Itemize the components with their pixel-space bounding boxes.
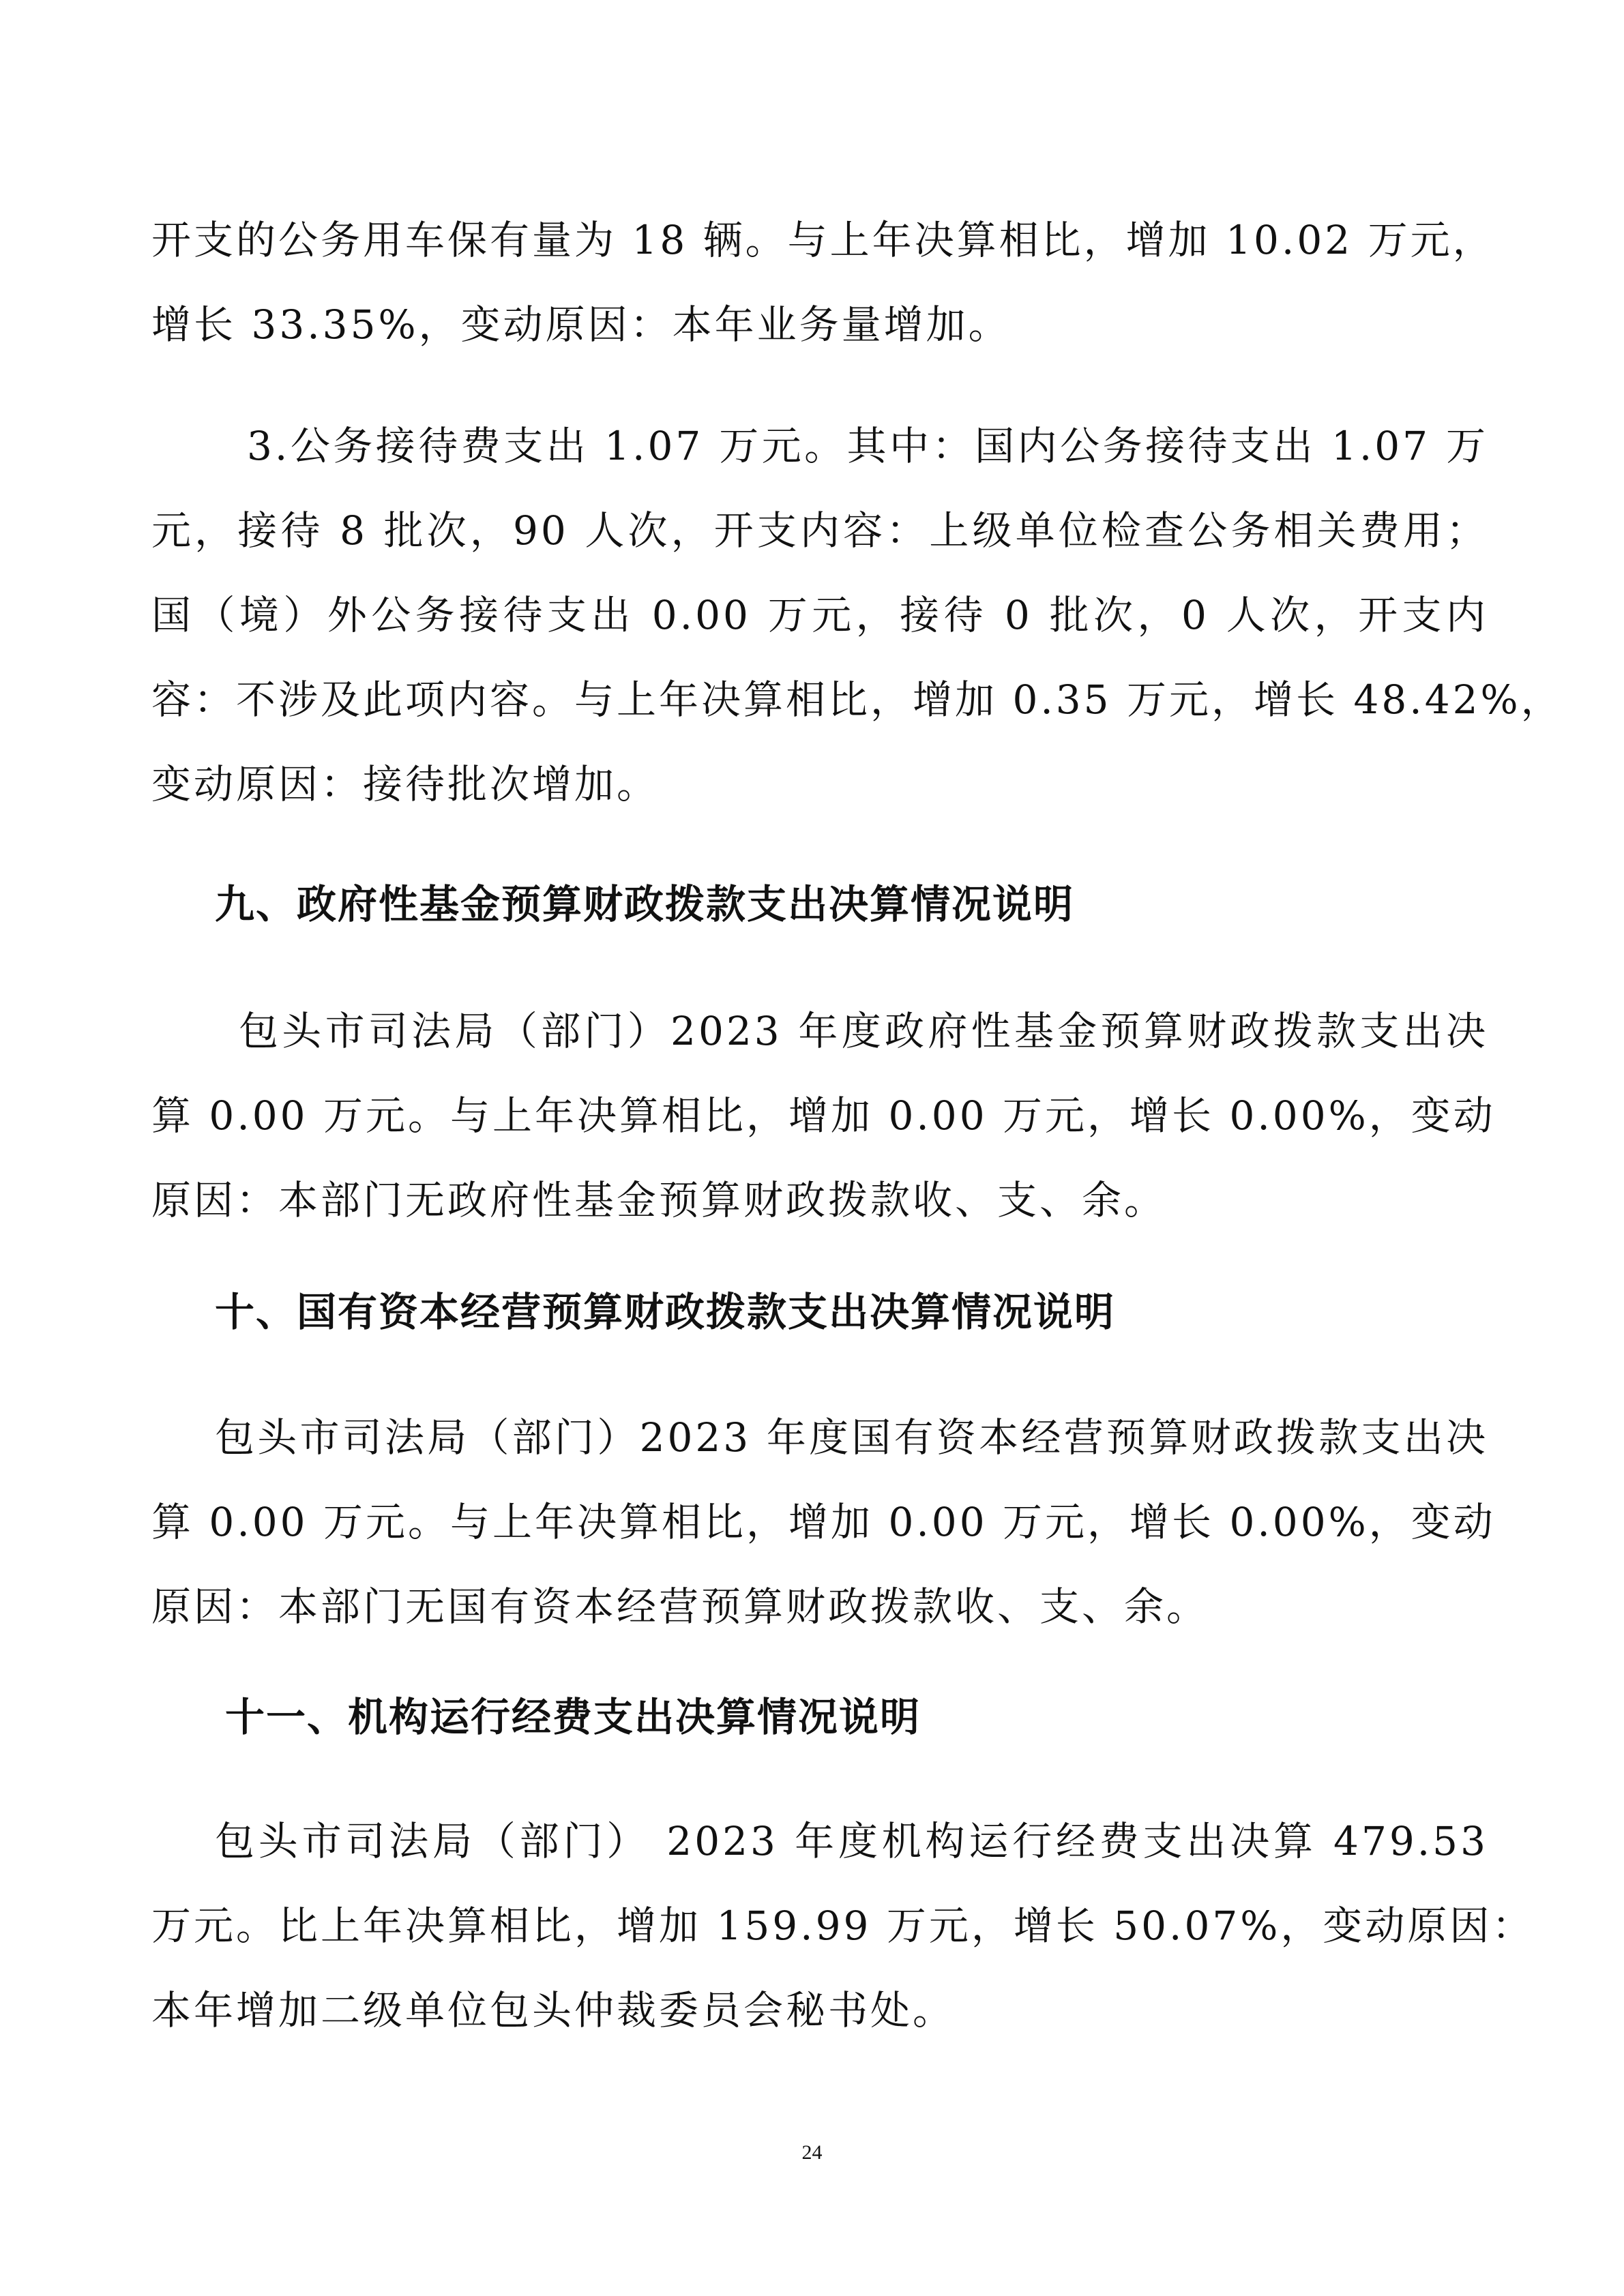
text-line: 增长 33.35%，变动原因：本年业务量增加。 [151,300,1488,349]
section-9-heading: 九、政府性基金预算财政拨款支出决算情况说明 [215,880,1074,929]
text-line: 元，接待 8 批次，90 人次，开支内容：上级单位检查公务相关费用； [151,506,1488,555]
text-line: 容：不涉及此项内容。与上年决算相比，增加 0.35 万元，增长 48.42%， [151,675,1488,724]
text-line: 本年增加二级单位包头仲裁委员会秘书处。 [151,1986,1488,2035]
text-line: 万元。比上年决算相比，增加 159.99 万元，增长 50.07%，变动原因： [151,1901,1488,1950]
text-line: 变动原因：接待批次增加。 [151,760,1488,809]
section-11-heading: 十一、机构运行经费支出决算情况说明 [225,1693,921,1742]
section-10-heading: 十、国有资本经营预算财政拨款支出决算情况说明 [215,1287,1115,1337]
text-line: 算 0.00 万元。与上年决算相比，增加 0.00 万元，增长 0.00%，变动 [151,1497,1488,1547]
text-line: 开支的公务用车保有量为 18 辆。与上年决算相比，增加 10.02 万元， [151,215,1488,265]
text-line: 包头市司法局（部门）2023 年度政府性基金预算财政拨款支出决 [239,1007,1488,1056]
text-line: 3.公务接待费支出 1.07 万元。其中：国内公务接待支出 1.07 万 [247,421,1488,471]
text-line: 原因：本部门无国有资本经营预算财政拨款收、支、余。 [151,1582,1488,1631]
text-line: 原因：本部门无政府性基金预算财政拨款收、支、余。 [151,1176,1488,1225]
page-number: 24 [0,2141,1624,2164]
text-line: 国（境）外公务接待支出 0.00 万元，接待 0 批次，0 人次，开支内 [151,591,1488,640]
text-line: 算 0.00 万元。与上年决算相比，增加 0.00 万元，增长 0.00%，变动 [151,1091,1488,1140]
text-line: 包头市司法局（部门）2023 年度国有资本经营预算财政拨款支出决 [215,1413,1488,1462]
document-page: 开支的公务用车保有量为 18 辆。与上年决算相比，增加 10.02 万元， 增长… [0,0,1624,2296]
text-line: 包头市司法局（部门） 2023 年度机构运行经费支出决算 479.53 [215,1817,1488,1866]
